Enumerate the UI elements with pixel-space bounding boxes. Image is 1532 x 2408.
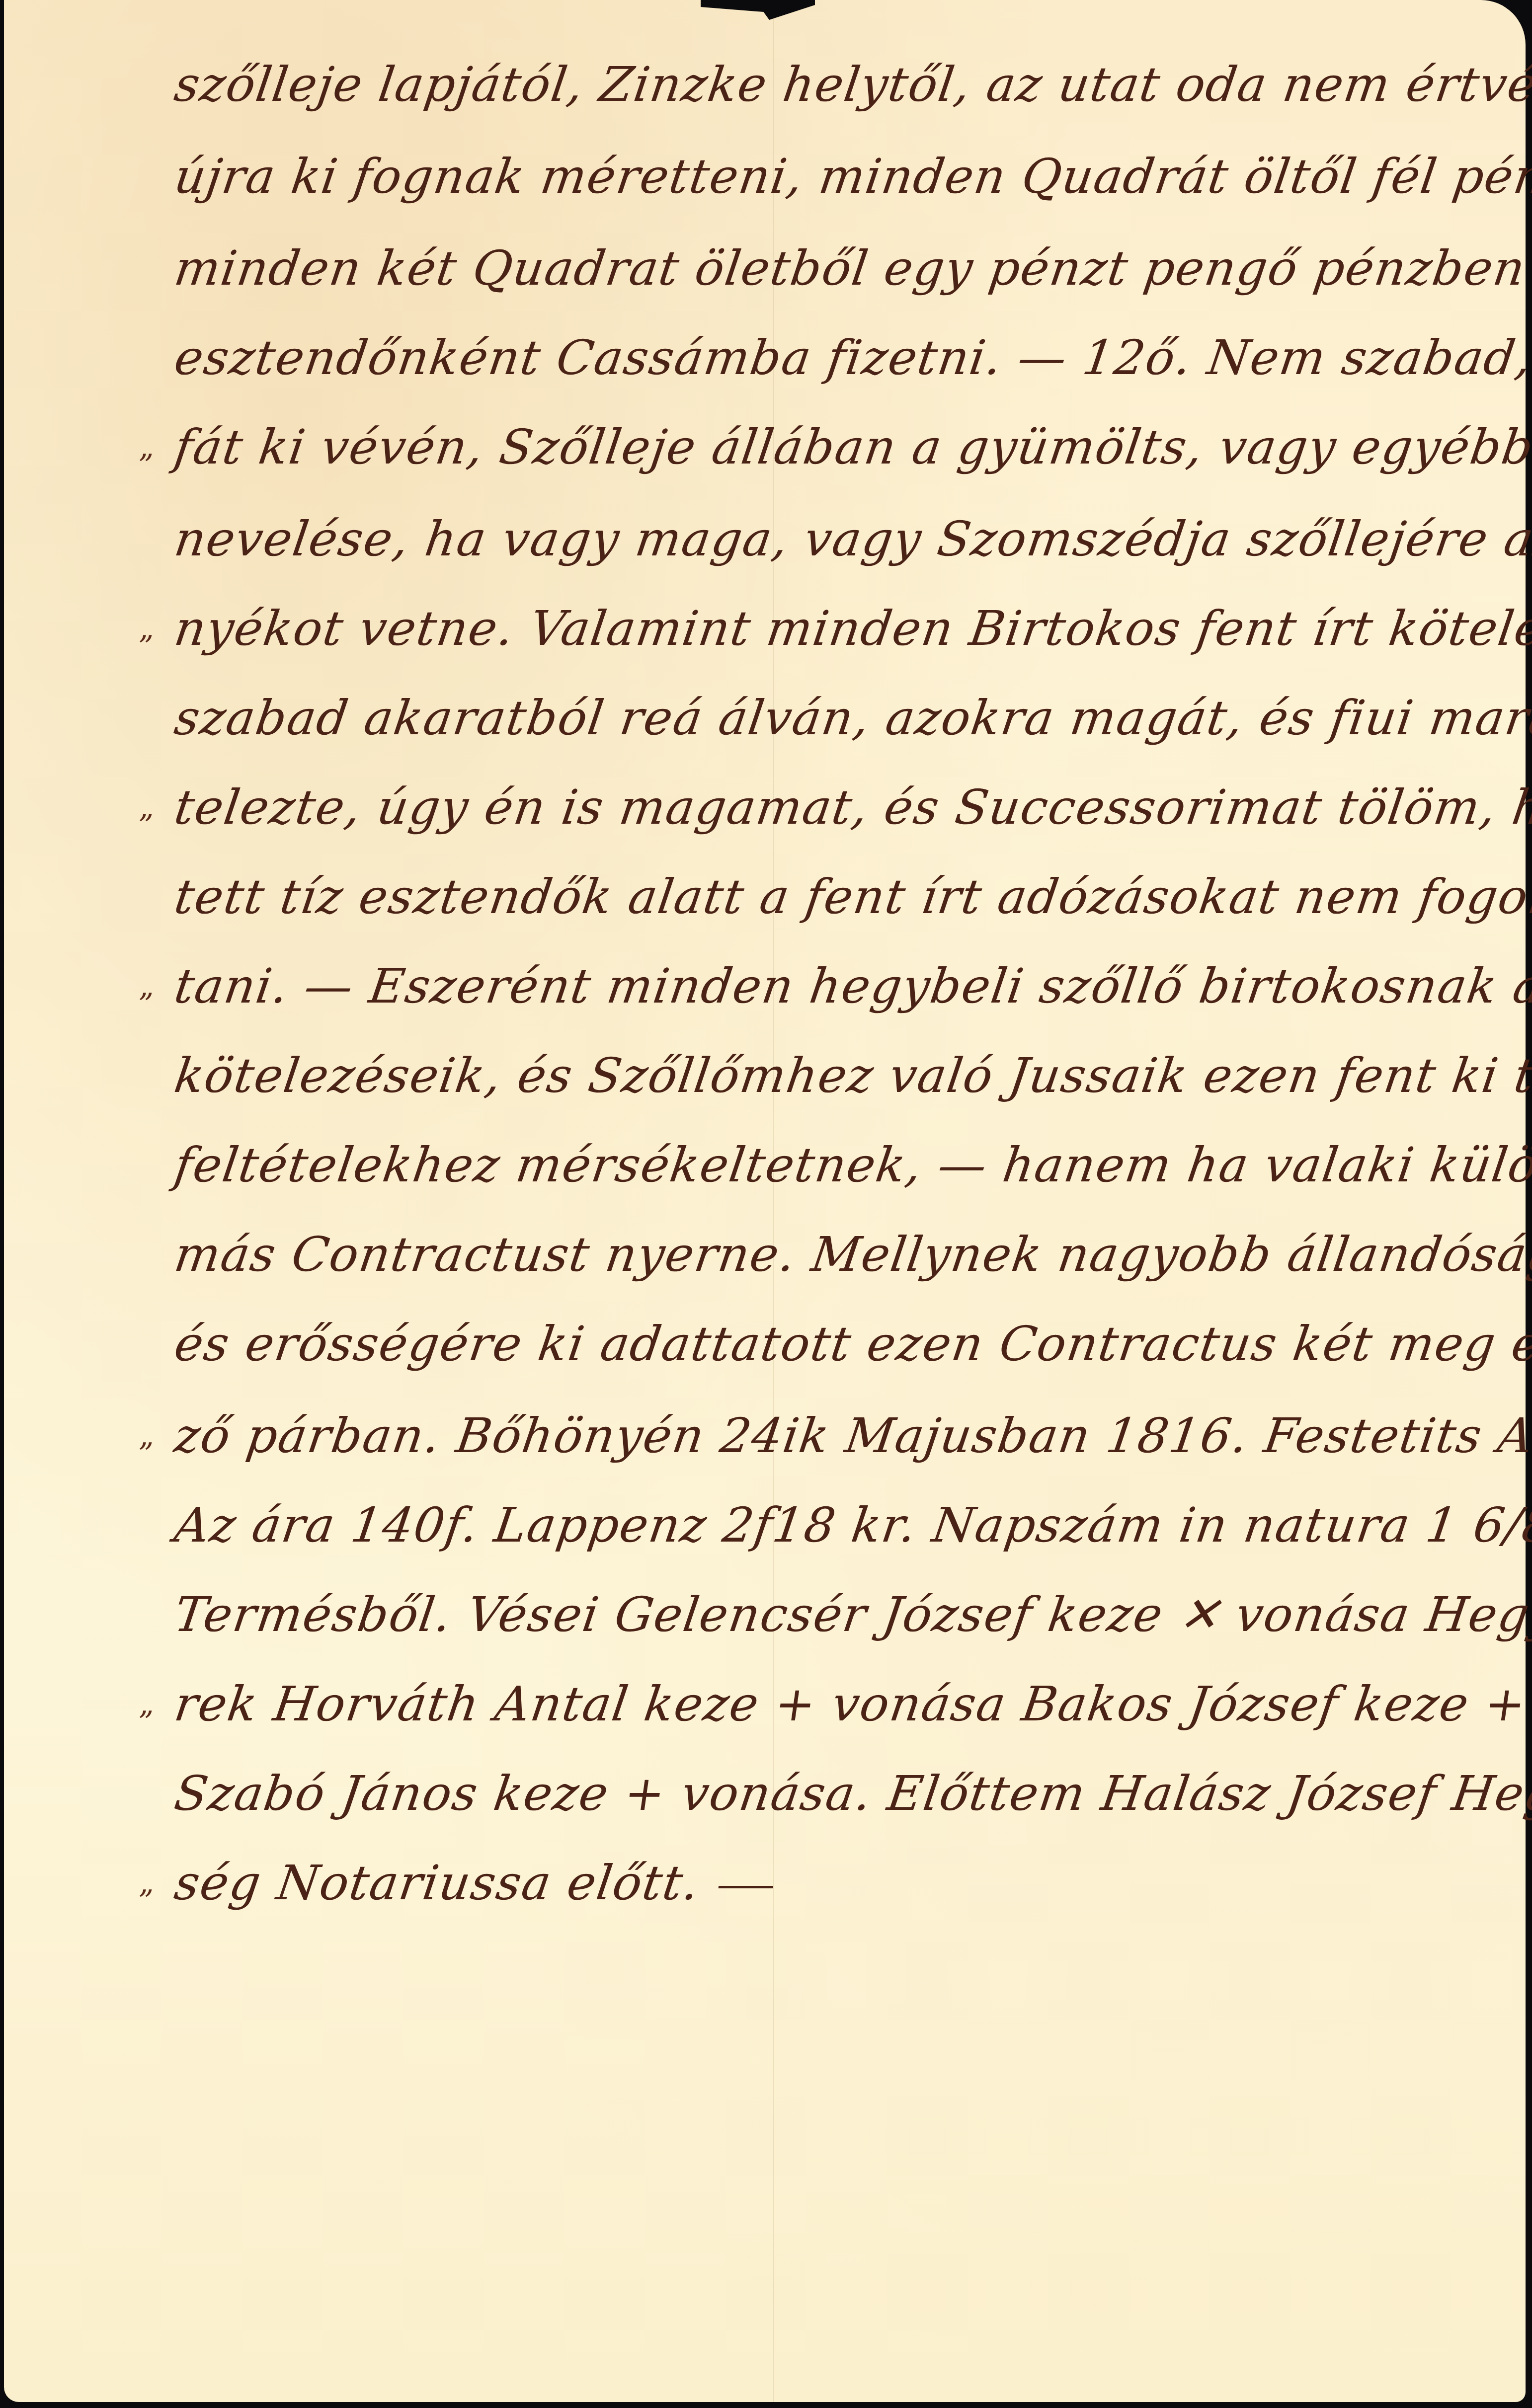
continuation-mark: „ [133,1833,163,1933]
manuscript-line-14: más Contractust nyerne. Mellynek nagyobb… [168,1205,1532,1304]
manuscript-line-9: „telezte, úgy én is magamat, és Successo… [168,758,1532,857]
continuation-mark: „ [133,397,163,497]
manuscript-line-17: Az ára 140f. Lappenz 2f18 kr. Napszám in… [168,1476,1532,1575]
continuation-mark: „ [133,936,163,1036]
manuscript-line-6: nevelése, ha vagy maga, vagy Szomszédja … [168,489,1532,589]
manuscript-line-20: Szabó János keze + vonása. Előttem Halás… [168,1744,1532,1843]
manuscript-line-5: „fát ki vévén, Szőlleje állában a gyümöl… [168,397,1532,497]
manuscript-line-8: szabad akaratból reá álván, azokra magát… [168,668,1532,768]
manuscript-line-21: „ség Notariussa előtt. [168,1833,1532,1933]
manuscript-line-18: Termésből. Vései Gelencsér József keze ✕… [168,1565,1532,1664]
manuscript-line-4: esztendőnként Cassámba fizetni. — 12ő. N… [168,308,1532,407]
manuscript-line-2: újra ki fognak méretteni, minden Quadrát… [168,127,1532,226]
manuscript-line-11: „tani. — Eszerént minden hegybeli szőllő… [168,936,1532,1036]
manuscript-line-19: „rek Horváth Antal keze + vonása Bakos J… [168,1654,1532,1754]
continuation-mark: „ [133,1386,163,1485]
manuscript-line-13: feltételekhez mérsékeltetnek, — hanem ha… [168,1115,1532,1215]
continuation-mark: „ [133,579,163,678]
manuscript-line-15: és erősségére ki adattatott ezen Contrac… [168,1294,1532,1394]
manuscript-line-16: „ző párban. Bőhönyén 24ik Majusban 1816.… [168,1386,1532,1485]
manuscript-line-12: kötelezéseik, és Szőllőmhez való Jussaik… [168,1026,1532,1125]
continuation-mark: „ [133,1654,163,1754]
manuscript-page: szőlleje lapjától, Zinzke helytől, az ut… [4,0,1526,2402]
closing-dash [719,1886,774,1888]
manuscript-line-1: szőlleje lapjától, Zinzke helytől, az ut… [168,35,1532,134]
continuation-mark: „ [133,758,163,857]
manuscript-line-3: minden két Quadrat öletből egy pénzt pen… [168,219,1532,318]
manuscript-line-10: tett tíz esztendők alatt a fent írt adóz… [168,847,1532,946]
manuscript-line-7: „nyékot vetne. Valamint minden Birtokos … [168,579,1532,678]
